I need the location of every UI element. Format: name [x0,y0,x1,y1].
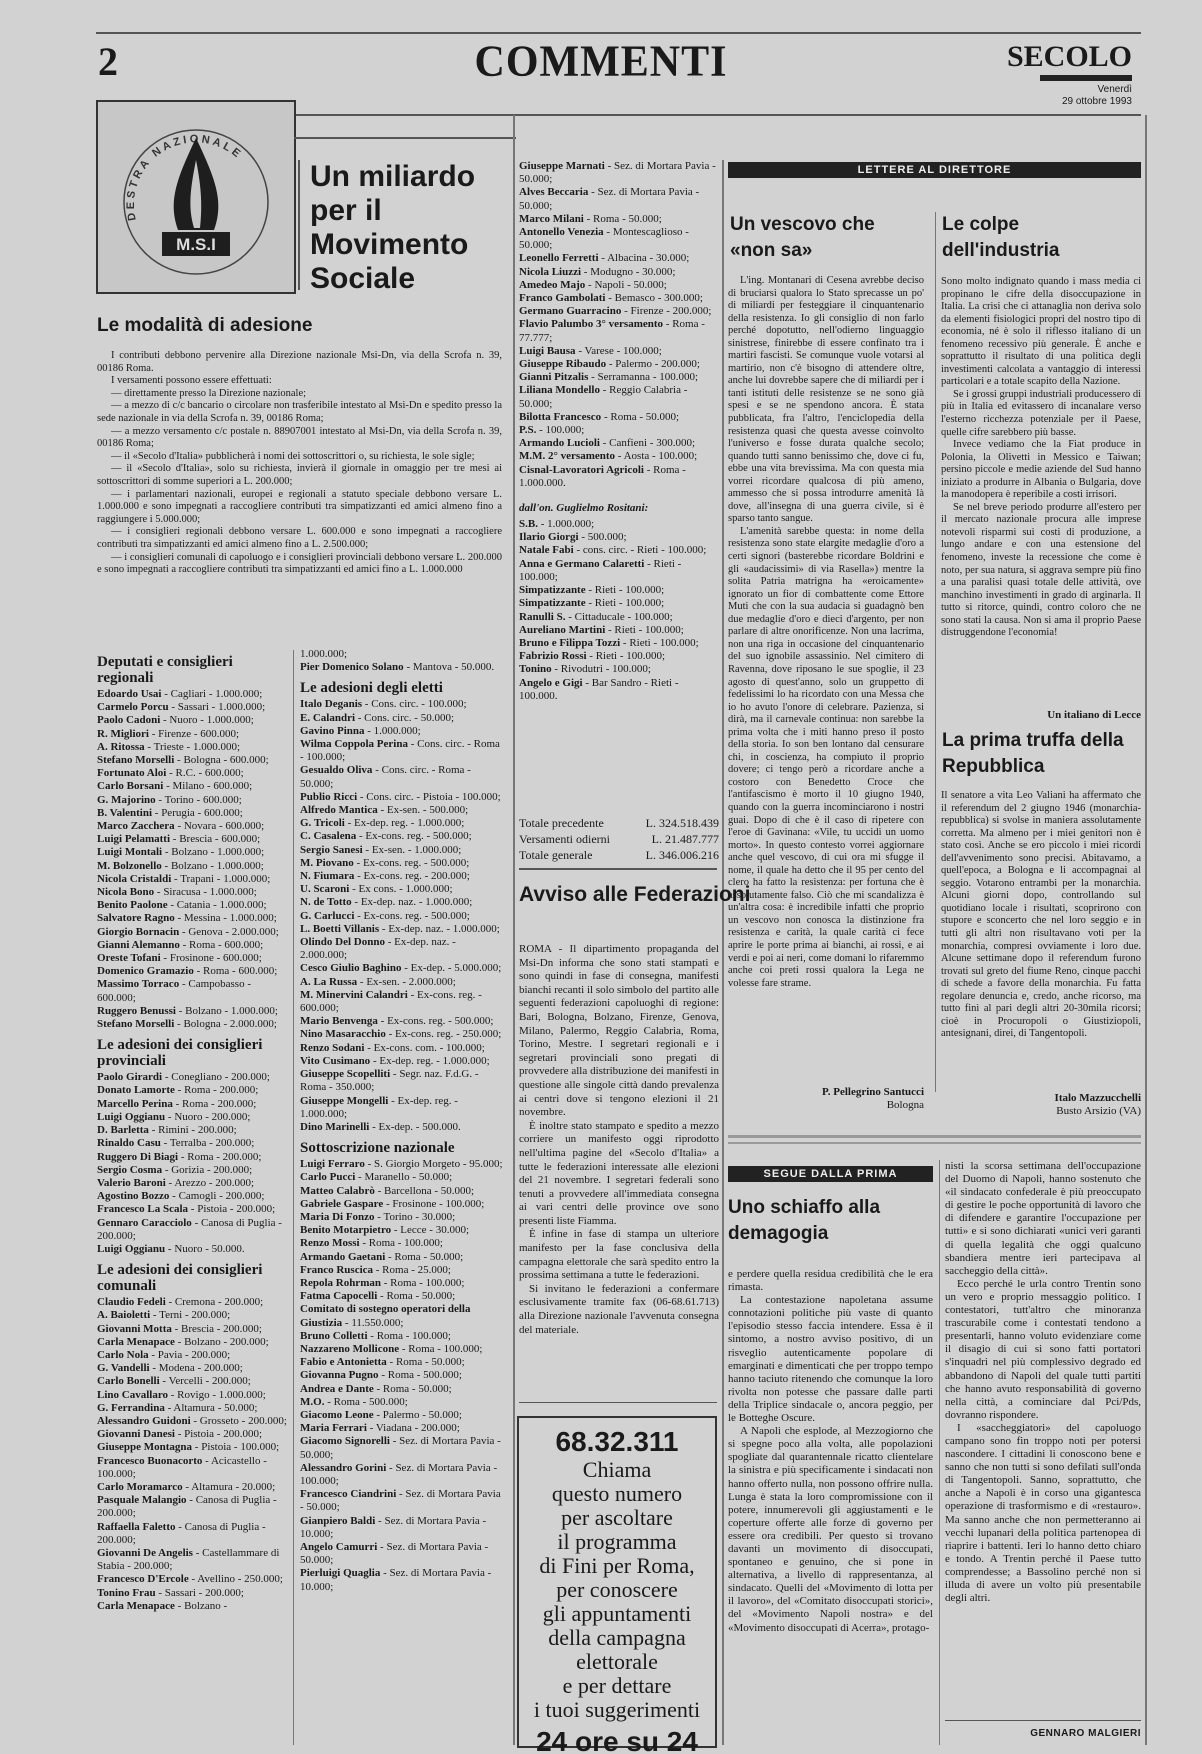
donor-entry: Alves Beccaria - Sez. di Mortara Pavia -… [519,186,719,212]
donor-entry: Amedeo Majo - Napoli - 50.000; [519,279,719,292]
letter-vescovo-body: L'ing. Montanari di Cesena avrebbe decis… [728,275,924,990]
letter-vescovo-headline: Un vescovo che «non sa» [730,212,920,264]
donor-entry: Paolo Cadoni - Nuoro - 1.000.000; [97,714,287,727]
donor-entry: C. Casalena - Ex-cons. reg. - 500.000; [300,830,505,843]
donor-entry: Simpatizzante - Rieti - 100.000; [519,597,719,610]
donor-entry: Agostino Bozzo - Camogli - 200.000; [97,1190,287,1203]
donor-entry: B. Valentini - Perugia - 600.000; [97,807,287,820]
donor-entry: Dino Marinelli - Ex-dep. - 500.000. [300,1121,505,1134]
segue-author: GENNARO MALGIERI [945,1728,1141,1739]
donor-entry: Alfredo Mantica - Ex-sen. - 500.000; [300,804,505,817]
ad-line: e per dettare [519,1674,715,1698]
letter-truffa-body: Il senatore a vita Leo Valiani ha afferm… [941,790,1141,1041]
donor-entry: Nicola Bono - Siracusa - 1.000.000; [97,886,287,899]
paragraph: A Napoli che esplode, al Mezzogiorno che… [728,1425,933,1635]
list-section-title: Sottoscrizione nazionale [300,1140,505,1156]
donor-entry: Fabrizio Rossi - Rieti - 100.000; [519,650,719,663]
donor-entry: Gianni Alemanno - Roma - 600.000; [97,939,287,952]
donor-entry: Fatma Capocelli - Roma - 50.000; [300,1290,505,1303]
donor-entry: Stefano Morselli - Bologna - 600.000; [97,754,287,767]
paragraph: — direttamente presso la Direzione nazio… [97,388,502,401]
donor-entry: M. Bolzonello - Bolzano - 1.000.000; [97,860,287,873]
paragraph: È inoltre stato stampato e spedito a mez… [519,1120,719,1229]
donor-entry: A. Ritossa - Trieste - 1.000.000; [97,741,287,754]
ad-phone-number: 68.32.311 [519,1426,715,1458]
donor-entry: Salvatore Ragno - Messina - 1.000.000; [97,912,287,925]
donor-entry: Alessandro Gorini - Sez. di Mortara Pavi… [300,1462,505,1488]
donor-entry: Ranulli S. - Cittaducale - 100.000; [519,611,719,624]
donor-entry: Donato Lamorte - Roma - 200.000; [97,1084,287,1097]
paragraph: Si invitano le federazioni a confermare … [519,1283,719,1337]
donor-entry: Nicola Liuzzi - Modugno - 30.000; [519,266,719,279]
donor-entry: Repola Rohrman - Roma - 100.000; [300,1277,505,1290]
paragraph: I «saccheggiatori» del capoluogo campano… [945,1422,1141,1605]
letter-colpe-signature: Un italiano di Lecce [941,709,1141,722]
donor-entry: Paolo Girardi - Conegliano - 200.000; [97,1071,287,1084]
donor-entry: E. Calandri - Cons. circ. - 50.000; [300,712,505,725]
paragraph: Il senatore a vita Leo Valiani ha afferm… [941,790,1141,1041]
donor-entry: Tonino - Rivodutri - 100.000; [519,663,719,676]
donor-entry: G. Tricoli - Ex-dep. reg. - 1.000.000; [300,817,505,830]
donor-entry: G. Majorino - Torino - 600.000; [97,794,287,807]
flame-logo-icon: DESTRA NAZIONALE M.S.I [106,110,286,286]
ad-line: Chiama [519,1458,715,1482]
paragraph: — a mezzo versamento c/c postale n. 8890… [97,426,502,451]
donor-entry: Marco Zacchera - Novara - 600.000; [97,820,287,833]
donor-entry: Natale Fabi - cons. circ. - Rieti - 100.… [519,544,719,557]
donor-entry: Gesualdo Oliva - Cons. circ. - Roma - 50… [300,764,505,790]
list-section-title: dall'on. Guglielmo Rositani: [519,500,719,516]
msi-logo: DESTRA NAZIONALE M.S.I [96,100,296,294]
donor-entry: Vito Cusimano - Ex-dep. reg. - 1.000.000… [300,1055,505,1068]
donor-entry: Giuseppe Mongelli - Ex-dep. reg. - 1.000… [300,1095,505,1121]
donor-entry: M.M. 2° versamento - Aosta - 100.000; [519,450,719,463]
donor-entry: Giuseppe Montagna - Pistoia - 100.000; [97,1441,287,1454]
paragraph: L'ing. Montanari di Cesena avrebbe decis… [728,275,924,526]
donor-entry: Simpatizzante - Rieti - 100.000; [519,584,719,597]
donor-entry: Pasquale Malangio - Canosa di Puglia - 2… [97,1494,287,1520]
donor-entry: Luigi Ferraro - S. Giorgio Morgeto - 95.… [300,1158,505,1171]
donor-entry: Bruno Colletti - Roma - 100.000; [300,1330,505,1343]
donor-entry: Giovanna Pugno - Roma - 500.000; [300,1369,505,1382]
donor-entry: Gianni Pitzalis - Serramanna - 100.000; [519,371,719,384]
donor-entry: Carlo Moramarco - Altamura - 20.000; [97,1481,287,1494]
donor-entry: Edoardo Usai - Cagliari - 1.000.000; [97,688,287,701]
letter-truffa-headline: La prima truffa della Repubblica [942,728,1132,780]
ad-footer: 24 ore su 24 [519,1726,715,1754]
signature-name: Italo Mazzucchelli [941,1092,1141,1105]
paragraph: — i consiglieri comunali di capoluogo e … [97,552,502,577]
donor-entry: M. Piovano - Ex-cons. reg. - 500.000; [300,857,505,870]
signature-location: Bologna [728,1099,924,1112]
donor-entry: Maria Ferrari - Viadana - 200.000; [300,1422,505,1435]
donor-entry: Alessandro Guidoni - Grosseto - 200.000; [97,1415,287,1428]
donor-entry: Giorgio Bornacin - Genova - 2.000.000; [97,926,287,939]
letter-vescovo-signature: P. Pellegrino Santucci Bologna [728,1086,924,1112]
signature-name: P. Pellegrino Santucci [728,1086,924,1099]
letter-colpe-body: Sono molto indignato quando i mass media… [941,276,1141,640]
donor-entry: Italo Deganis - Cons. circ. - 100.000; [300,698,505,711]
donor-list-column-2: 1.000.000;Pier Domenico Solano - Mantova… [300,648,505,1594]
donor-entry: Armando Gaetani - Roma - 50.000; [300,1251,505,1264]
donor-entry: Francesco D'Ercole - Avellino - 250.000; [97,1573,287,1586]
donor-entry: Giovanni Motta - Brescia - 200.000; [97,1323,287,1336]
donor-entry: Benito Motarpietro - Lecce - 30.000; [300,1224,505,1237]
paragraph: e perdere quella residua credibilità che… [728,1268,933,1294]
contribution-rules: I contributi debbono pervenire alla Dire… [97,350,502,577]
donor-entry: Franco Ruscica - Roma - 25.000; [300,1264,505,1277]
paragraph: ROMA - Il dipartimento propaganda del Ms… [519,943,719,1120]
donor-entry: Nicola Cristaldi - Trapani - 1.000.000; [97,873,287,886]
paragraph: — i parlamentari nazionali, europei e re… [97,489,502,527]
letter-colpe-headline: Le colpe dell'industria [942,212,1132,264]
paragraph: — i consiglieri regionali debbono versar… [97,526,502,551]
donor-entry: Bruno e Filippa Tozzi - Rieti - 100.000; [519,637,719,650]
signature-location: Busto Arsizio (VA) [941,1105,1141,1118]
donor-entry: N. Fiumara - Ex-cons. reg. - 200.000; [300,870,505,883]
donor-entry: Olindo Del Donno - Ex-dep. naz. - 2.000.… [300,936,505,962]
donor-entry: Francesco Buonacorto - Acicastello - 100… [97,1455,287,1481]
ad-line: gli appuntamenti [519,1602,715,1626]
donor-entry: Angelo Camurri - Sez. di Mortara Pavia -… [300,1541,505,1567]
donor-entry: Sergio Sanesi - Ex-sen. - 1.000.000; [300,844,505,857]
donor-entry: Ruggero Benussi - Bolzano - 1.000.000; [97,1005,287,1018]
donor-entry: Fabio e Antonietta - Roma - 50.000; [300,1356,505,1369]
issue-date: Venerdì 29 ottobre 1993 [1062,84,1132,108]
donor-entry: R. Migliori - Firenze - 600.000; [97,728,287,741]
main-subheading: Le modalità di adesione [97,315,312,337]
donor-entry: Carla Menapace - Bolzano - [97,1600,287,1613]
donor-entry: U. Scaroni - Ex cons. - 1.000.000; [300,883,505,896]
donor-entry: Leonello Ferretti - Albacina - 30.000; [519,252,719,265]
donor-entry: Stefano Morselli - Bologna - 2.000.000; [97,1018,287,1031]
donor-entry: Cisnal-Lavoratori Agricoli - Roma - 1.00… [519,464,719,490]
donor-entry: Carlo Borsani - Milano - 600.000; [97,780,287,793]
donor-list-column-3: Giuseppe Marnati - Sez. di Mortara Pavia… [519,160,719,703]
donor-entry: A. La Russa - Ex-sen. - 2.000.000; [300,976,505,989]
paragraph: I versamenti possono essere effettuati: [97,375,502,388]
list-section-title: Deputati e consiglieri regionali [97,654,287,686]
avviso-headline: Avviso alle Federazioni [519,880,750,910]
donor-entry: Nazzareno Mollicone - Roma - 100.000; [300,1343,505,1356]
donor-entry: Wilma Coppola Perina - Cons. circ. - Rom… [300,738,505,764]
donor-entry: Domenico Gramazio - Roma - 600.000; [97,965,287,978]
donor-entry: D. Barletta - Rimini - 200.000; [97,1124,287,1137]
donor-entry: Cesco Giulio Baghino - Ex-dep. - 5.000.0… [300,962,505,975]
paragraph: — il «Secolo d'Italia», solo su richiest… [97,463,502,488]
donor-entry: Tonino Frau - Sassari - 200.000; [97,1587,287,1600]
donor-entry: Carla Menapace - Bolzano - 200.000; [97,1336,287,1349]
donor-entry: 1.000.000; [300,648,505,661]
paragraph: I contributi debbono pervenire alla Dire… [97,350,502,375]
list-section-title: Le adesioni dei consiglieri provinciali [97,1037,287,1069]
donor-entry: Marco Milani - Roma - 50.000; [519,213,719,226]
donor-entry: Claudio Fedeli - Cremona - 200.000; [97,1296,287,1309]
donor-entry: Luigi Montali - Bolzano - 1.000.000; [97,846,287,859]
donor-entry: Massimo Torraco - Campobasso - 600.000; [97,978,287,1004]
donor-entry: M. Minervini Calandri - Ex-cons. reg. - … [300,989,505,1015]
segue-banner: SEGUE DALLA PRIMA [728,1166,933,1182]
donor-entry: Giuseppe Marnati - Sez. di Mortara Pavia… [519,160,719,186]
weekday: Venerdì [1062,84,1132,96]
donor-entry: Andrea e Dante - Roma - 50.000; [300,1383,505,1396]
paragraph: nisti la scorsa settimana dell'occupazio… [945,1160,1141,1278]
donor-entry: Ruggero Di Biagi - Roma - 200.000; [97,1151,287,1164]
donor-entry: Gennaro Caracciolo - Canosa di Puglia - … [97,1217,287,1243]
donor-entry: Pierluigi Quaglia - Sez. di Mortara Pavi… [300,1567,505,1593]
donor-entry: Antonello Venezia - Montescaglioso - 50.… [519,226,719,252]
donor-entry: Matteo Calabrò - Barcellona - 50.000; [300,1185,505,1198]
donor-entry: Giacomo Leone - Palermo - 50.000; [300,1409,505,1422]
donor-entry: Benito Paolone - Catania - 1.000.000; [97,899,287,912]
donor-entry: Carlo Bonelli - Vercelli - 200.000; [97,1375,287,1388]
donor-entry: Francesco La Scala - Pistoia - 200.000; [97,1203,287,1216]
segue-headline: Uno schiaffo alla demagogia [728,1195,928,1247]
donor-entry: Sergio Cosma - Gorizia - 200.000; [97,1164,287,1177]
donor-entry: Raffaella Faletto - Canosa di Puglia - 2… [97,1521,287,1547]
donor-entry: Pier Domenico Solano - Mantova - 50.000. [300,661,505,674]
donor-entry: Valerio Baroni - Arezzo - 200.000; [97,1177,287,1190]
newspaper-brand: SECOLO [1007,40,1132,74]
donor-entry: Giovanni De Angelis - Castellammare di S… [97,1547,287,1573]
donor-entry: Comitato di sostegno operatori della Giu… [300,1303,505,1329]
ad-line: i tuoi suggerimenti [519,1698,715,1722]
donor-entry: Gabriele Gaspare - Frosinone - 100.000; [300,1198,505,1211]
donor-entry: Renzo Sodani - Ex-cons. com. - 100.000; [300,1042,505,1055]
donor-entry: Gavino Pinna - 1.000.000; [300,725,505,738]
donor-entry: Liliana Mondello - Reggio Calabria - 50.… [519,384,719,410]
donor-entry: Lino Cavallaro - Rovigo - 1.000.000; [97,1389,287,1402]
segue-body-left: e perdere quella residua credibilità che… [728,1268,933,1635]
totals-row: Totale generaleL. 346.006.216 [519,847,719,863]
donor-entry: Marcello Perina - Roma - 200.000; [97,1098,287,1111]
donor-entry: Publio Ricci - Cons. circ. - Pistoia - 1… [300,791,505,804]
donor-entry: Giovanni Danesi - Pistoia - 200.000; [97,1428,287,1441]
ad-line: il programma [519,1530,715,1554]
donor-entry: G. Ferrandina - Altamura - 50.000; [97,1402,287,1415]
brand-underline [1040,75,1132,81]
donor-entry: A. Baioletti - Terni - 200.000; [97,1309,287,1322]
donor-entry: Franco Gambolati - Bemasco - 300.000; [519,292,719,305]
totals-table: Totale precedenteL. 324.518.439Versament… [519,815,719,863]
paragraph: Se i grossi gruppi industriali producess… [941,389,1141,439]
ad-line: della campagna [519,1626,715,1650]
main-headline: Un miliardo per il Movimento Sociale [310,160,510,296]
donor-entry: N. de Totto - Ex-dep. naz. - 1.000.000; [300,896,505,909]
ad-line: per conoscere [519,1578,715,1602]
paragraph: Sono molto indignato quando i mass media… [941,276,1141,389]
donor-entry: Carlo Nola - Pavia - 200.000; [97,1349,287,1362]
paragraph: È infine in fase di stampa un ulteriore … [519,1228,719,1282]
donor-entry: Carmelo Porcu - Sassari - 1.000.000; [97,701,287,714]
paragraph: Invece vediamo che la Fiat produce in Po… [941,439,1141,502]
donor-entry: M.O. - Roma - 500.000; [300,1396,505,1409]
donor-entry: Luigi Oggianu - Nuoro - 50.000. [97,1243,287,1256]
ad-line: per ascoltare [519,1506,715,1530]
avviso-body: ROMA - Il dipartimento propaganda del Ms… [519,943,719,1337]
paragraph: L'amenità sarebbe questa: in nome della … [728,526,924,990]
ad-line: elettorale [519,1650,715,1674]
donor-entry: Rinaldo Casu - Terralba - 200.000; [97,1137,287,1150]
donor-entry: Luigi Oggianu - Nuoro - 200.000; [97,1111,287,1124]
donor-entry: Giuseppe Scopelliti - Segr. naz. F.d.G. … [300,1068,505,1094]
donor-entry: Giacomo Signorelli - Sez. di Mortara Pav… [300,1435,505,1461]
ad-line: di Fini per Roma, [519,1554,715,1578]
donor-entry: Mario Benvenga - Ex-cons. reg. - 500.000… [300,1015,505,1028]
list-section-title: Le adesioni dei consiglieri comunali [97,1262,287,1294]
donor-entry: Germano Guarracino - Firenze - 200.000; [519,305,719,318]
list-section-title: Le adesioni degli eletti [300,680,505,696]
donor-entry: S.B. - 1.000.000; [519,518,719,531]
donor-entry: Gianpiero Baldi - Sez. di Mortara Pavia … [300,1515,505,1541]
donor-entry: Flavio Palumbo 3° versamento - Roma - 77… [519,318,719,344]
donor-entry: Ilario Giorgi - 500.000; [519,531,719,544]
donor-entry: L. Boetti Villanis - Ex-dep. naz. - 1.00… [300,923,505,936]
paragraph: Se nel breve periodo produrre all'estero… [941,502,1141,640]
ad-line: questo numero [519,1482,715,1506]
date: 29 ottobre 1993 [1062,96,1132,108]
donor-entry: Oreste Tofani - Frosinone - 600.000; [97,952,287,965]
phone-ad-box: 68.32.311 Chiamaquesto numeroper ascolta… [517,1416,717,1748]
donor-entry: Carlo Pucci - Maranello - 50.000; [300,1171,505,1184]
donor-entry: G. Vandelli - Modena - 200.000; [97,1362,287,1375]
donor-entry: G. Carlucci - Ex-cons. reg. - 500.000; [300,910,505,923]
paragraph: Ecco perché le urla contro Trentin sono … [945,1278,1141,1422]
donor-entry: Francesco Ciandrini - Sez. di Mortara Pa… [300,1488,505,1514]
paragraph: La contestazione napoletana assume conno… [728,1294,933,1425]
donor-entry: Anna e Germano Calaretti - Rieti - 100.0… [519,558,719,584]
segue-body-right: nisti la scorsa settimana dell'occupazio… [945,1160,1141,1605]
donor-entry: Angelo e Gigi - Bar Sandro - Rieti - 100… [519,677,719,703]
donor-entry: Maria Di Fonzo - Torino - 30.000; [300,1211,505,1224]
letters-banner: LETTERE AL DIRETTORE [728,162,1141,178]
totals-row: Versamenti odierniL. 21.487.777 [519,831,719,847]
donor-entry: Giuseppe Ribaudo - Palermo - 200.000; [519,358,719,371]
donor-entry: Renzo Mossi - Roma - 100.000; [300,1237,505,1250]
paragraph: — a mezzo di c/c bancario o circolare no… [97,400,502,425]
donor-entry: Armando Lucioli - Canfieni - 300.000; [519,437,719,450]
totals-row: Totale precedenteL. 324.518.439 [519,815,719,831]
paragraph: — il «Secolo d'Italia» pubblicherà i nom… [97,451,502,464]
ad-text: Chiamaquesto numeroper ascoltareil progr… [519,1458,715,1722]
donor-list-column-1: Deputati e consiglieri regionaliEdoardo … [97,648,287,1613]
donor-entry: Nino Masaracchio - Ex-cons. reg. - 250.0… [300,1028,505,1041]
donor-entry: P.S. - 100.000; [519,424,719,437]
svg-text:M.S.I: M.S.I [176,235,216,254]
donor-entry: Luigi Bausa - Varese - 100.000; [519,345,719,358]
donor-entry: Luigi Pelamatti - Brescia - 600.000; [97,833,287,846]
donor-entry: Fortunato Aloi - R.C. - 600.000; [97,767,287,780]
letter-truffa-signature: Italo Mazzucchelli Busto Arsizio (VA) [941,1092,1141,1118]
donor-entry: Bilotta Francesco - Roma - 50.000; [519,411,719,424]
donor-entry: Aureliano Martini - Rieti - 100.000; [519,624,719,637]
